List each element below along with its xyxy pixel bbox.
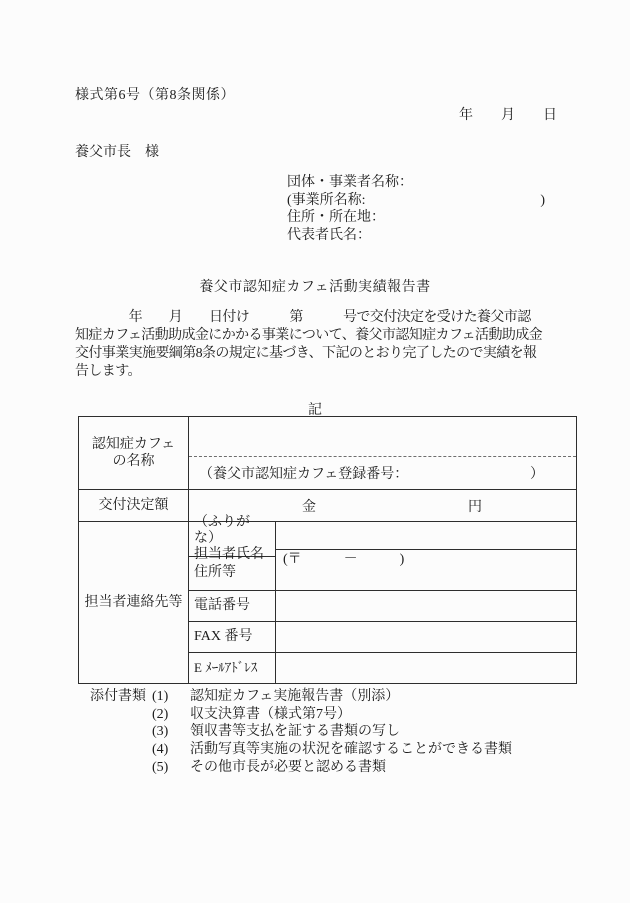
office-name-close-paren: ) (540, 192, 545, 210)
contact-fax-label: FAX 番号 (189, 622, 275, 653)
attachment-item: (2) 収支決算書（様式第7号） (152, 706, 512, 724)
attachment-text: 収支決算書（様式第7号） (190, 706, 351, 724)
cafe-name-input-cell (189, 417, 576, 457)
body-line: 知症カフェ活動助成金にかかる事業について、養父市認知症カフェ活動助成金 (75, 327, 557, 345)
attachment-text: 認知症カフェ実施報告書（別添） (190, 688, 399, 706)
contact-address-label: 住所等 (189, 557, 275, 591)
registration-number-label: （養父市認知症カフェ登録番号： (199, 463, 408, 483)
grant-amount-row: 交付決定額 金 円 (79, 489, 576, 521)
grant-amount-cell: 金 円 (189, 490, 576, 521)
registration-number-close-paren: ） (530, 463, 544, 483)
contact-fax-input-cell (276, 622, 576, 653)
contact-name-input-cell (276, 522, 576, 550)
org-name-label: 団体・事業者名称： (287, 174, 545, 192)
attachments-label: 添付書類 (90, 688, 152, 777)
attachments-list: (1) 認知症カフェ実施報告書（別添） (2) 収支決算書（様式第7号） (3)… (152, 688, 512, 777)
attachment-text: 活動写真等実施の状況を確認することができる書類 (190, 741, 512, 759)
contact-name-label: （ふりがな） 担当者氏名 (189, 522, 275, 557)
date-line: 年 月 日 (459, 104, 557, 124)
attachment-item: (3) 領収書等支払を証する書類の写し (152, 723, 512, 741)
attachment-item: (1) 認知症カフェ実施報告書（別添） (152, 688, 512, 706)
attachment-number: (3) (152, 723, 190, 741)
registration-number-cell: （養父市認知症カフェ登録番号： ） (189, 457, 576, 489)
document-page: 様式第6号（第8条関係） 年 月 日 養父市長 様 団体・事業者名称： (事業所… (0, 0, 630, 903)
attachment-number: (2) (152, 706, 190, 724)
amount-suffix: 円 (468, 496, 482, 516)
contact-sublabel-column: （ふりがな） 担当者氏名 住所等 電話番号 FAX 番号 E ﾒｰﾙｱﾄﾞﾚｽ (189, 522, 276, 683)
contact-phone-label: 電話番号 (189, 591, 275, 623)
attachment-text: その他市長が必要と認める書類 (190, 759, 386, 777)
cafe-name-row: 認知症カフェ の名称 （養父市認知症カフェ登録番号： ） (79, 417, 576, 489)
attachments-section: 添付書類 (1) 認知症カフェ実施報告書（別添） (2) 収支決算書（様式第7号… (90, 688, 512, 777)
contact-value-column: (〒 － ) (276, 522, 576, 683)
address-label: 住所・所在地： (287, 209, 545, 227)
representative-label: 代表者氏名： (287, 227, 545, 245)
contact-section-label: 担当者連絡先等 (79, 522, 189, 683)
addressee: 養父市長 様 (75, 141, 159, 161)
body-paragraph: 年 月 日付け 第 号で交付決定を受けた養父市認 知症カフェ活動助成金にかかる事… (75, 309, 557, 381)
report-table: 認知症カフェ の名称 （養父市認知症カフェ登録番号： ） 交付決定額 金 円 担… (78, 416, 577, 684)
attachment-number: (5) (152, 759, 190, 777)
applicant-block: 団体・事業者名称： (事業所名称: ) 住所・所在地： 代表者氏名： (287, 174, 545, 245)
contact-email-input-cell (276, 653, 576, 683)
attachment-number: (4) (152, 741, 190, 759)
body-line: 年 月 日付け 第 号で交付決定を受けた養父市認 (75, 309, 557, 327)
contact-phone-input-cell (276, 591, 576, 623)
body-line: 告します。 (75, 363, 557, 381)
office-name-line: (事業所名称: ) (287, 192, 545, 210)
grant-amount-label: 交付決定額 (79, 490, 189, 521)
cafe-name-label: 認知症カフェ の名称 (79, 417, 189, 489)
body-line: 交付事業実施要綱第8条の規定に基づき、下記のとおり完了したので実績を報 (75, 345, 557, 363)
contact-email-label: E ﾒｰﾙｱﾄﾞﾚｽ (189, 653, 275, 683)
attachment-item: (4) 活動写真等実施の状況を確認することができる書類 (152, 741, 512, 759)
amount-prefix: 金 (302, 496, 316, 516)
document-title: 養父市認知症カフェ活動実績報告書 (0, 276, 630, 296)
contact-section: 担当者連絡先等 （ふりがな） 担当者氏名 住所等 電話番号 FAX 番号 E ﾒ… (79, 521, 576, 683)
attachment-text: 領収書等支払を証する書類の写し (190, 723, 400, 741)
attachment-item: (5) その他市長が必要と認める書類 (152, 759, 512, 777)
cafe-name-right: （養父市認知症カフェ登録番号： ） (189, 417, 576, 489)
attachment-number: (1) (152, 688, 190, 706)
office-name-label: (事業所名称: (287, 192, 366, 210)
contact-address-input-cell: (〒 － ) (276, 550, 576, 591)
form-number: 様式第6号（第8条関係） (75, 84, 235, 104)
